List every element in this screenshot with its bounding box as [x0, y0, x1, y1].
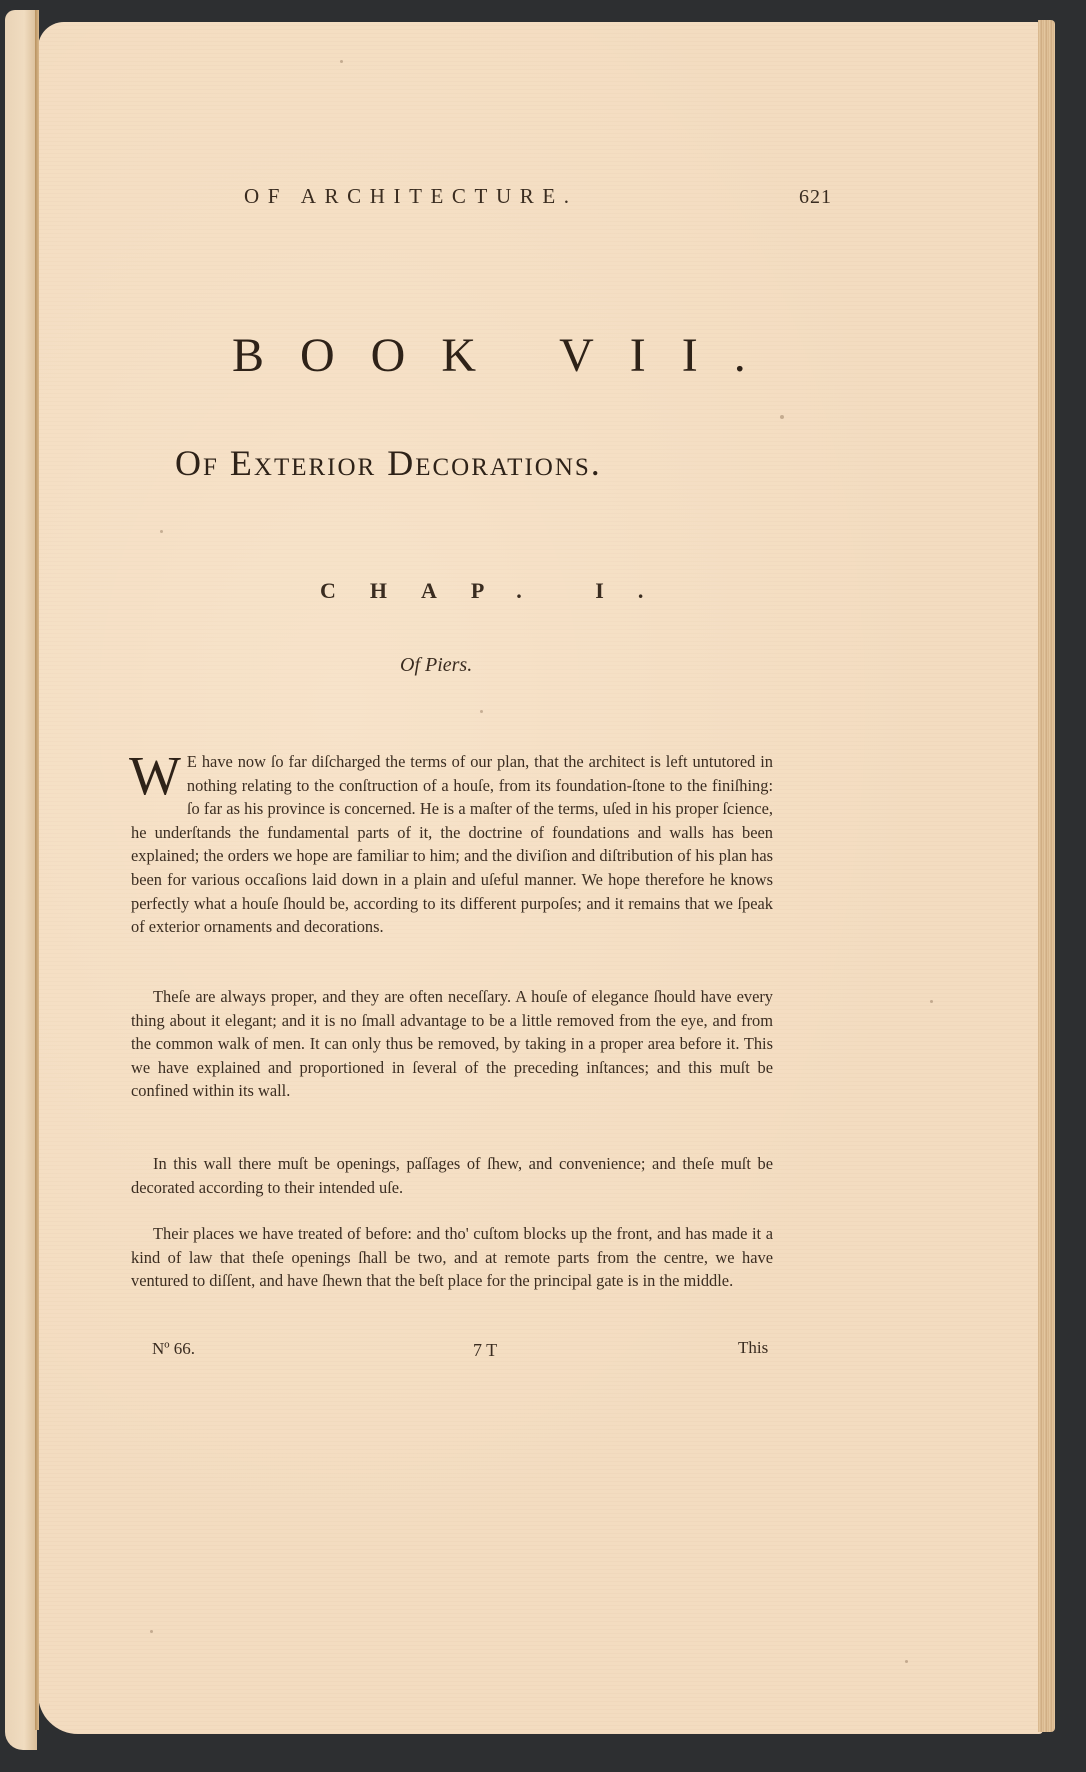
chapter-title: CHAP. I.	[320, 578, 677, 604]
paragraph-text: In this wall there muſt be openings, paſ…	[131, 1152, 773, 1199]
book-title: BOOK VII.	[232, 328, 782, 383]
paragraph-text: Their places we have treated of before: …	[131, 1222, 773, 1293]
paragraph-text: E have now ſo far diſcharged the terms o…	[131, 752, 773, 936]
paragraph-3: In this wall there muſt be openings, paſ…	[131, 1152, 773, 1199]
catchword: This	[738, 1338, 768, 1358]
paragraph-2: Theſe are always proper, and they are of…	[131, 985, 773, 1103]
paper-foxing	[905, 1660, 908, 1663]
chapter-subtitle: Of Piers.	[400, 654, 472, 677]
paper-foxing	[780, 415, 784, 419]
signature-number: Nº 66.	[152, 1339, 195, 1359]
paper-foxing	[930, 1000, 933, 1003]
running-head: OF ARCHITECTURE.	[244, 184, 578, 209]
paragraph-1: WE have now ſo far diſcharged the terms …	[131, 750, 773, 939]
book-gutter	[35, 10, 39, 1730]
previous-page-edge	[5, 10, 37, 1750]
section-title: Of Exterior Decorations.	[175, 442, 602, 484]
paper-foxing	[150, 1630, 153, 1633]
paper-foxing	[480, 710, 483, 713]
page-number: 621	[799, 186, 832, 209]
signature-mark: 7 T	[473, 1340, 497, 1361]
paragraph-4: Their places we have treated of before: …	[131, 1222, 773, 1293]
paper-foxing	[160, 530, 163, 533]
paragraph-text: Theſe are always proper, and they are of…	[131, 985, 773, 1103]
paper-foxing	[340, 60, 343, 63]
drop-cap: W	[129, 754, 181, 798]
page-stack-edges	[1038, 20, 1055, 1732]
